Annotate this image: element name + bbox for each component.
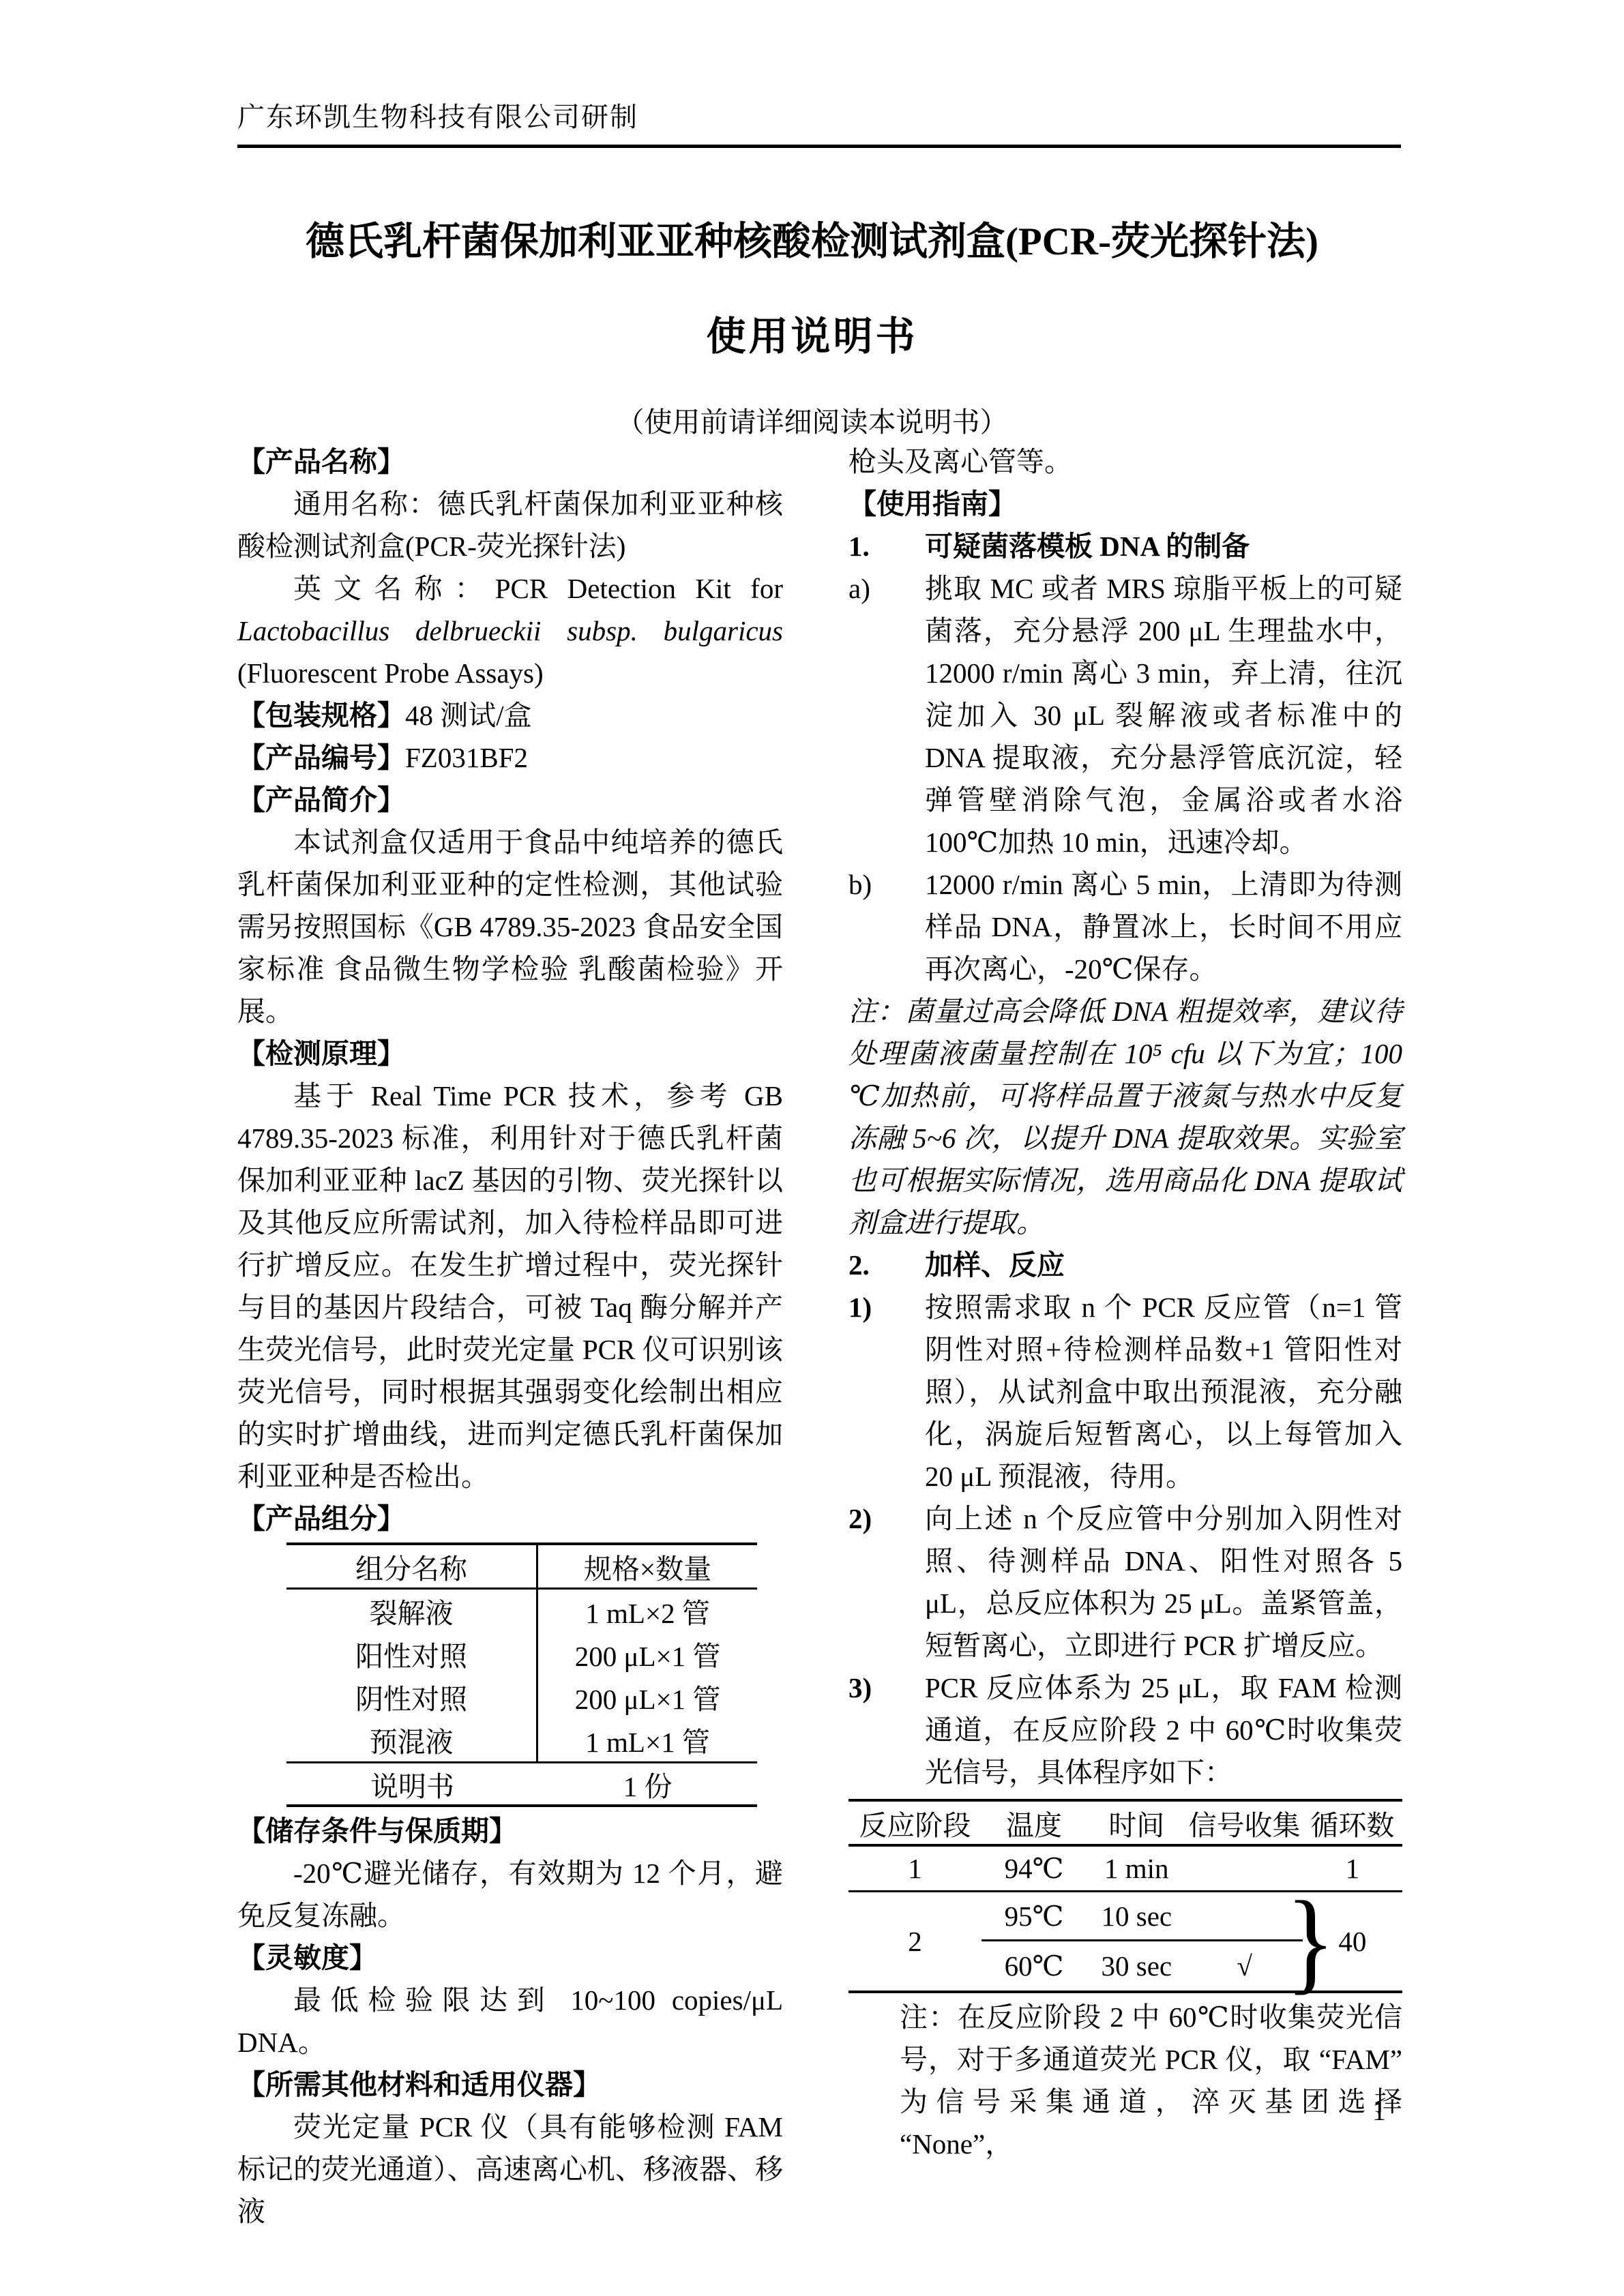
- product-code-line: 【产品编号】FZ031BF2: [237, 736, 783, 779]
- stage1-time: 1 min: [1087, 1847, 1186, 1890]
- component-name: 预混液: [286, 1718, 538, 1761]
- list-item: a) 挑取 MC 或者 MRS 琼脂平板上的可疑菌落，充分悬浮 200 μL 生…: [848, 567, 1402, 863]
- item-label: a): [848, 567, 870, 610]
- list-item: b) 12000 r/min 离心 5 min，上清即为待测样品 DNA，静置冰…: [848, 863, 1402, 990]
- step-time: 30 sec: [1087, 1941, 1186, 1991]
- pcr-table-note: 注：在反应阶段 2 中 60℃时收集荧光信号，对于多通道荧光 PCR 仪，取 “…: [848, 1996, 1402, 2165]
- components-header-name: 组分名称: [286, 1545, 538, 1587]
- step-title: 可疑菌落模板 DNA 的制备: [925, 531, 1250, 562]
- intro-paragraph: 本试剂盒仅适用于食品中纯培养的德氏乳杆菌保加利亚亚种的定性检测，其他试验需另按照…: [237, 821, 783, 1032]
- stage1-temp: 94℃: [981, 1847, 1087, 1890]
- step-temp: 60℃: [981, 1941, 1087, 1991]
- table-row: 阴性对照 200 μL×1 管: [286, 1675, 757, 1718]
- materials-paragraph: 荧光定量 PCR 仪（具有能够检测 FAM 标记的荧光通道）、高速离心机、移液器…: [237, 2106, 783, 2233]
- reading-note: （使用前请详细阅读本说明书）: [0, 400, 1624, 440]
- item-text: PCR 反应体系为 25 μL，取 FAM 检测通道，在反应阶段 2 中 60℃…: [925, 1672, 1402, 1788]
- section-heading-principle: 【检测原理】: [237, 1032, 783, 1075]
- document-title: 德氏乳杆菌保加利亚亚种核酸检测试剂盒(PCR-荧光探针法): [0, 210, 1624, 266]
- storage-paragraph: -20℃避光储存，有效期为 12 个月，避免反复冻融。: [237, 1852, 783, 1937]
- component-name: 说明书: [286, 1763, 538, 1804]
- item-label: 3): [848, 1667, 872, 1709]
- list-item: 2) 向上述 n 个反应管中分别加入阴性对照、待测样品 DNA、阳性对照各 5 …: [848, 1497, 1402, 1667]
- package-spec-line: 【包装规格】48 测试/盒: [237, 694, 783, 736]
- item-label: b): [848, 863, 872, 906]
- english-name-paragraph: 英文名称：PCR Detection Kit for Lactobacillus…: [237, 567, 783, 694]
- item-text: 12000 r/min 离心 5 min，上清即为待测样品 DNA，静置冰上，长…: [925, 869, 1402, 985]
- right-column: 枪头及离心管等。 【使用指南】 1. 可疑菌落模板 DNA 的制备 a) 挑取 …: [848, 441, 1402, 2165]
- section-heading-guide: 【使用指南】: [848, 483, 1402, 525]
- section-heading-package: 【包装规格】: [237, 700, 405, 731]
- pcr-program-table: 反应阶段 温度 时间 信号收集 循环数 1 94℃ 1 min 1 2 95℃ …: [848, 1799, 1402, 1993]
- principle-paragraph: 基于 Real Time PCR 技术，参考 GB 4789.35-2023 标…: [237, 1075, 783, 1497]
- pcr-header-signal: 信号收集: [1186, 1802, 1303, 1844]
- section-heading-intro: 【产品简介】: [237, 779, 783, 821]
- package-spec-value: 48 测试/盒: [405, 700, 532, 731]
- stage2-step-anneal: 60℃ 30 sec √: [981, 1941, 1303, 1991]
- pcr-header-cycles: 循环数: [1303, 1802, 1402, 1844]
- item-text: 挑取 MC 或者 MRS 琼脂平板上的可疑菌落，充分悬浮 200 μL 生理盐水…: [925, 573, 1402, 858]
- company-name: 广东环凯生物科技有限公司研制: [237, 95, 638, 134]
- pcr-header-temp: 温度: [981, 1802, 1087, 1844]
- components-table-header-row: 组分名称 规格×数量: [286, 1545, 757, 1590]
- step-time: 10 sec: [1087, 1892, 1186, 1939]
- stage2-steps: 95℃ 10 sec 60℃ 30 sec √: [981, 1892, 1303, 1991]
- list-item: 3) PCR 反应体系为 25 μL，取 FAM 检测通道，在反应阶段 2 中 …: [848, 1667, 1402, 1793]
- stage1-number: 1: [848, 1847, 981, 1890]
- item-label: 1): [848, 1286, 872, 1328]
- step1-note: 注：菌量过高会降低 DNA 粗提效率，建议待处理菌液菌量控制在 10⁵ cfu …: [848, 990, 1402, 1244]
- component-spec: 200 μL×1 管: [538, 1675, 757, 1718]
- product-code-value: FZ031BF2: [405, 742, 528, 773]
- table-row: 预混液 1 mL×1 管: [286, 1718, 757, 1761]
- component-name: 阴性对照: [286, 1675, 538, 1718]
- section-heading-materials: 【所需其他材料和适用仪器】: [237, 2063, 783, 2106]
- stage2-number: 2: [848, 1892, 981, 1991]
- step-temp: 95℃: [981, 1892, 1087, 1939]
- component-spec: 1 份: [538, 1763, 757, 1804]
- step-number: 2.: [848, 1244, 870, 1286]
- component-spec: 1 mL×1 管: [538, 1718, 757, 1761]
- section-heading-components: 【产品组分】: [237, 1497, 783, 1540]
- components-table: 组分名称 规格×数量 裂解液 1 mL×2 管 阳性对照 200 μL×1 管 …: [286, 1542, 757, 1807]
- table-row: 裂解液 1 mL×2 管: [286, 1590, 757, 1632]
- section-heading-sensitivity: 【灵敏度】: [237, 1937, 783, 1979]
- item-text: 按照需求取 n 个 PCR 反应管（n=1 管阴性对照+待检测样品数+1 管阳性…: [925, 1292, 1402, 1492]
- document-subtitle: 使用说明书: [0, 304, 1624, 361]
- pcr-table-header-row: 反应阶段 温度 时间 信号收集 循环数: [848, 1802, 1402, 1847]
- item-label: 2): [848, 1497, 872, 1540]
- left-column: 【产品名称】 通用名称：德氏乳杆菌保加利亚亚种核酸检测试剂盒(PCR-荧光探针法…: [237, 441, 783, 2233]
- pcr-header-stage: 反应阶段: [848, 1802, 981, 1844]
- guide-step-2-title: 2. 加样、反应: [848, 1244, 1402, 1286]
- english-name-suffix: (Fluorescent Probe Assays): [237, 657, 544, 689]
- section-heading-product-code: 【产品编号】: [237, 742, 405, 773]
- materials-continuation: 枪头及离心管等。: [848, 441, 1402, 483]
- document-page: 广东环凯生物科技有限公司研制 德氏乳杆菌保加利亚亚种核酸检测试剂盒(PCR-荧光…: [0, 0, 1624, 2296]
- component-spec: 200 μL×1 管: [538, 1632, 757, 1675]
- component-name: 阳性对照: [286, 1632, 538, 1675]
- component-name: 裂解液: [286, 1590, 538, 1632]
- generic-name-paragraph: 通用名称：德氏乳杆菌保加利亚亚种核酸检测试剂盒(PCR-荧光探针法): [237, 483, 783, 567]
- pcr-header-time: 时间: [1087, 1802, 1186, 1844]
- step-number: 1.: [848, 525, 870, 567]
- component-spec: 1 mL×2 管: [538, 1590, 757, 1632]
- section-heading-storage: 【储存条件与保质期】: [237, 1810, 783, 1852]
- table-row: 阳性对照 200 μL×1 管: [286, 1632, 757, 1675]
- section-heading-product-name: 【产品名称】: [237, 441, 783, 483]
- components-header-spec: 规格×数量: [538, 1545, 757, 1587]
- english-name-prefix: 英文名称：PCR Detection Kit for: [293, 573, 783, 604]
- step-title: 加样、反应: [925, 1249, 1065, 1281]
- header-rule: [237, 145, 1401, 148]
- components-table-footer-row: 说明书 1 份: [286, 1761, 757, 1804]
- page-number: 1: [1372, 2095, 1386, 2127]
- sensitivity-paragraph: 最低检验限达到 10~100 copies/μL DNA。: [237, 1979, 783, 2063]
- guide-step-1-title: 1. 可疑菌落模板 DNA 的制备: [848, 525, 1402, 567]
- list-item: 1) 按照需求取 n 个 PCR 反应管（n=1 管阴性对照+待检测样品数+1 …: [848, 1286, 1402, 1497]
- english-name-species: Lactobacillus delbrueckii subsp. bulgari…: [237, 615, 783, 646]
- brace-icon: }: [1286, 1884, 1335, 1999]
- pcr-stage2-row: 2 95℃ 10 sec 60℃ 30 sec √ } 40: [848, 1890, 1402, 1991]
- item-text: 向上述 n 个反应管中分别加入阴性对照、待测样品 DNA、阳性对照各 5 μL，…: [925, 1503, 1402, 1661]
- stage2-step-denature: 95℃ 10 sec: [981, 1892, 1303, 1941]
